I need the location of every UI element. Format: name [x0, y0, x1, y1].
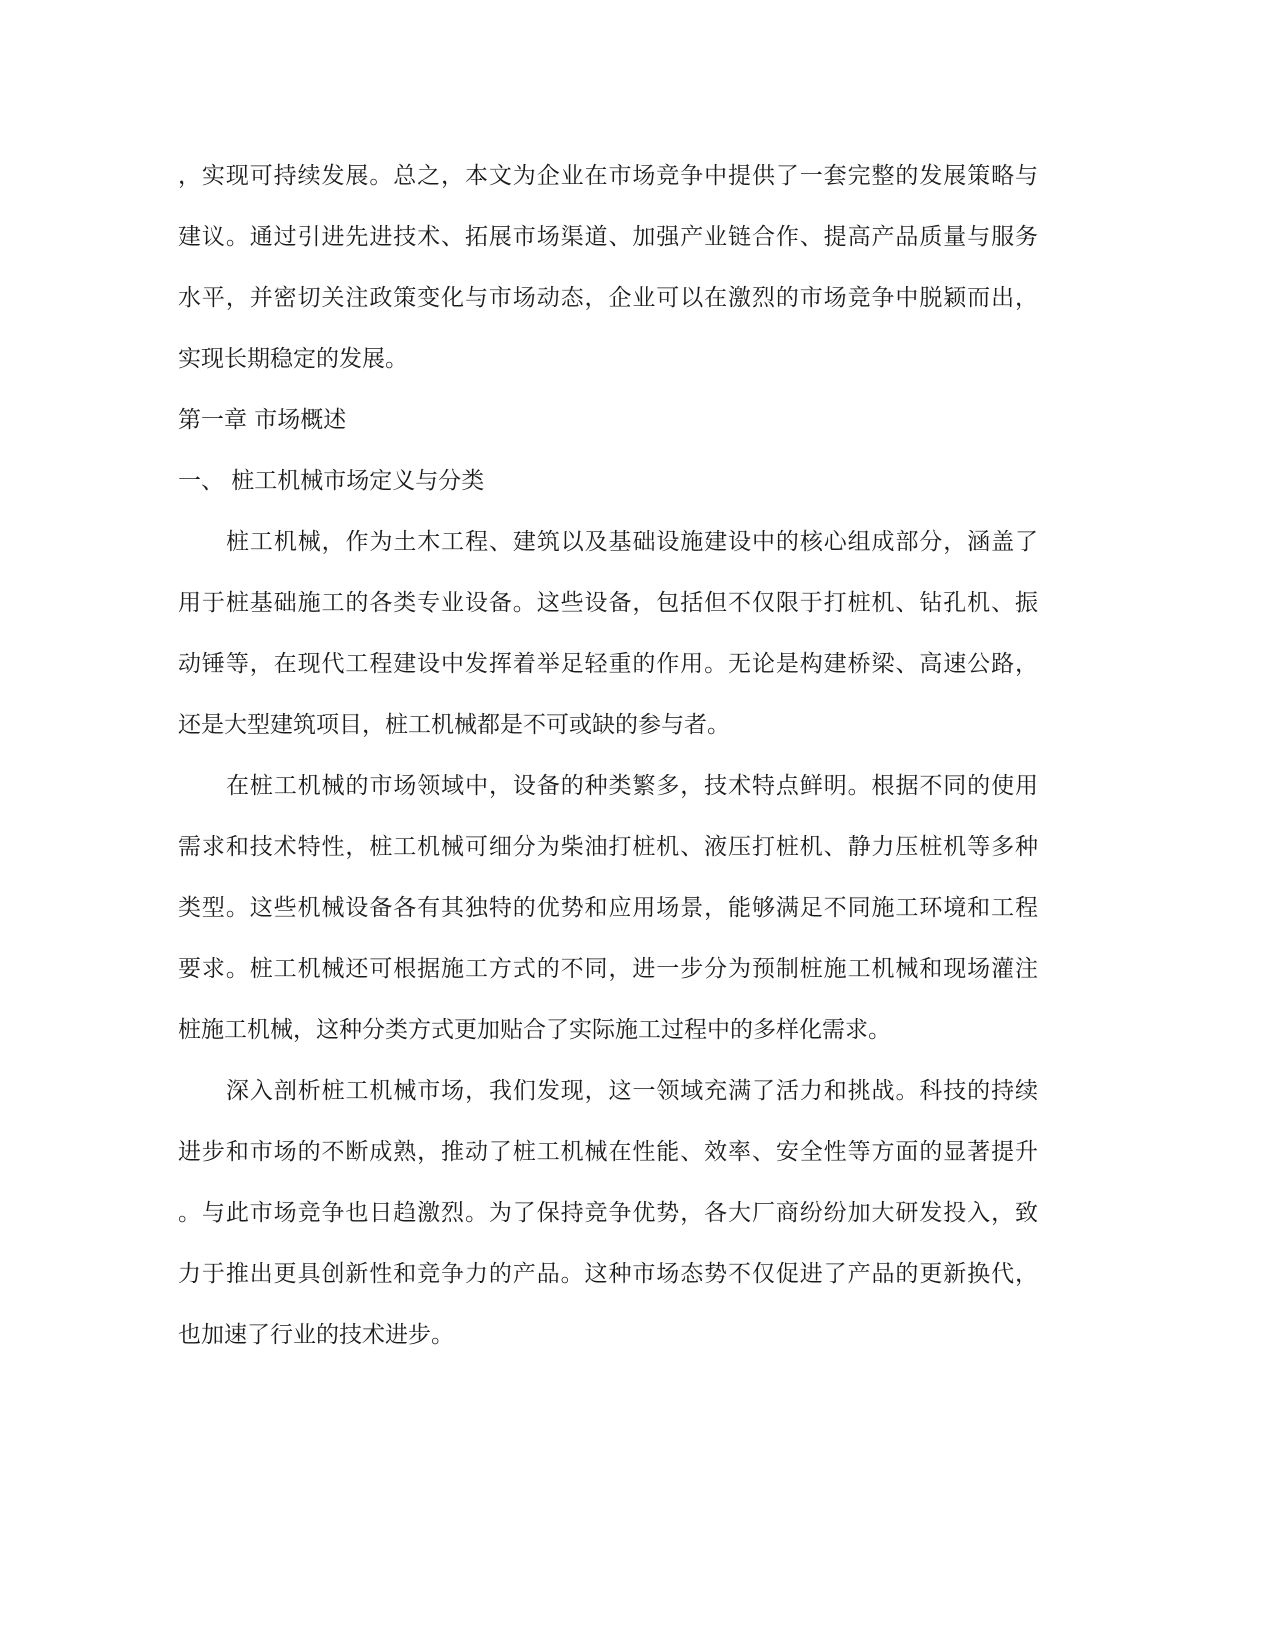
intro-paragraph: ，实现可持续发展。总之，本文为企业在市场竞争中提供了一套完整的发展策略与 建议。… — [178, 146, 1038, 390]
text-line: 建议。通过引进先进技术、拓展市场渠道、加强产业链合作、提高产品质量与服务 — [178, 207, 1038, 268]
text-line: 水平，并密切关注政策变化与市场动态，企业可以在激烈的市场竞争中脱颖而出， — [178, 268, 1038, 329]
text-line: 在桩工机械的市场领域中，设备的种类繁多，技术特点鲜明。根据不同的使用 — [178, 756, 1038, 817]
text-line: 。与此市场竞争也日趋激烈。为了保持竞争优势，各大厂商纷纷加大研发投入，致 — [178, 1183, 1038, 1244]
text-line: 桩工机械，作为土木工程、建筑以及基础设施建设中的核心组成部分，涵盖了 — [178, 512, 1038, 573]
section-heading: 一、 桩工机械市场定义与分类 — [178, 451, 1038, 512]
text-line: 还是大型建筑项目，桩工机械都是不可或缺的参与者。 — [178, 695, 1038, 756]
text-line: 需求和技术特性，桩工机械可细分为柴油打桩机、液压打桩机、静力压桩机等多种 — [178, 817, 1038, 878]
document-page: ，实现可持续发展。总之，本文为企业在市场竞争中提供了一套完整的发展策略与 建议。… — [178, 146, 1038, 1366]
text-line: 用于桩基础施工的各类专业设备。这些设备，包括但不仅限于打桩机、钻孔机、振 — [178, 573, 1038, 634]
text-line: 类型。这些机械设备各有其独特的优势和应用场景，能够满足不同施工环境和工程 — [178, 878, 1038, 939]
text-line: 力于推出更具创新性和竞争力的产品。这种市场态势不仅促进了产品的更新换代， — [178, 1244, 1038, 1305]
text-line: 也加速了行业的技术进步。 — [178, 1305, 1038, 1366]
text-line: 实现长期稳定的发展。 — [178, 329, 1038, 390]
text-line: 桩施工机械，这种分类方式更加贴合了实际施工过程中的多样化需求。 — [178, 1000, 1038, 1061]
text-line: 要求。桩工机械还可根据施工方式的不同，进一步分为预制桩施工机械和现场灌注 — [178, 939, 1038, 1000]
chapter-heading: 第一章 市场概述 — [178, 390, 1038, 451]
paragraph-classification: 在桩工机械的市场领域中，设备的种类繁多，技术特点鲜明。根据不同的使用 需求和技术… — [178, 756, 1038, 1061]
text-line: ，实现可持续发展。总之，本文为企业在市场竞争中提供了一套完整的发展策略与 — [178, 146, 1038, 207]
paragraph-definition: 桩工机械，作为土木工程、建筑以及基础设施建设中的核心组成部分，涵盖了 用于桩基础… — [178, 512, 1038, 756]
text-line: 进步和市场的不断成熟，推动了桩工机械在性能、效率、安全性等方面的显著提升 — [178, 1122, 1038, 1183]
paragraph-market-analysis: 深入剖析桩工机械市场，我们发现，这一领域充满了活力和挑战。科技的持续 进步和市场… — [178, 1061, 1038, 1366]
text-line: 动锤等，在现代工程建设中发挥着举足轻重的作用。无论是构建桥梁、高速公路， — [178, 634, 1038, 695]
text-line: 深入剖析桩工机械市场，我们发现，这一领域充满了活力和挑战。科技的持续 — [178, 1061, 1038, 1122]
